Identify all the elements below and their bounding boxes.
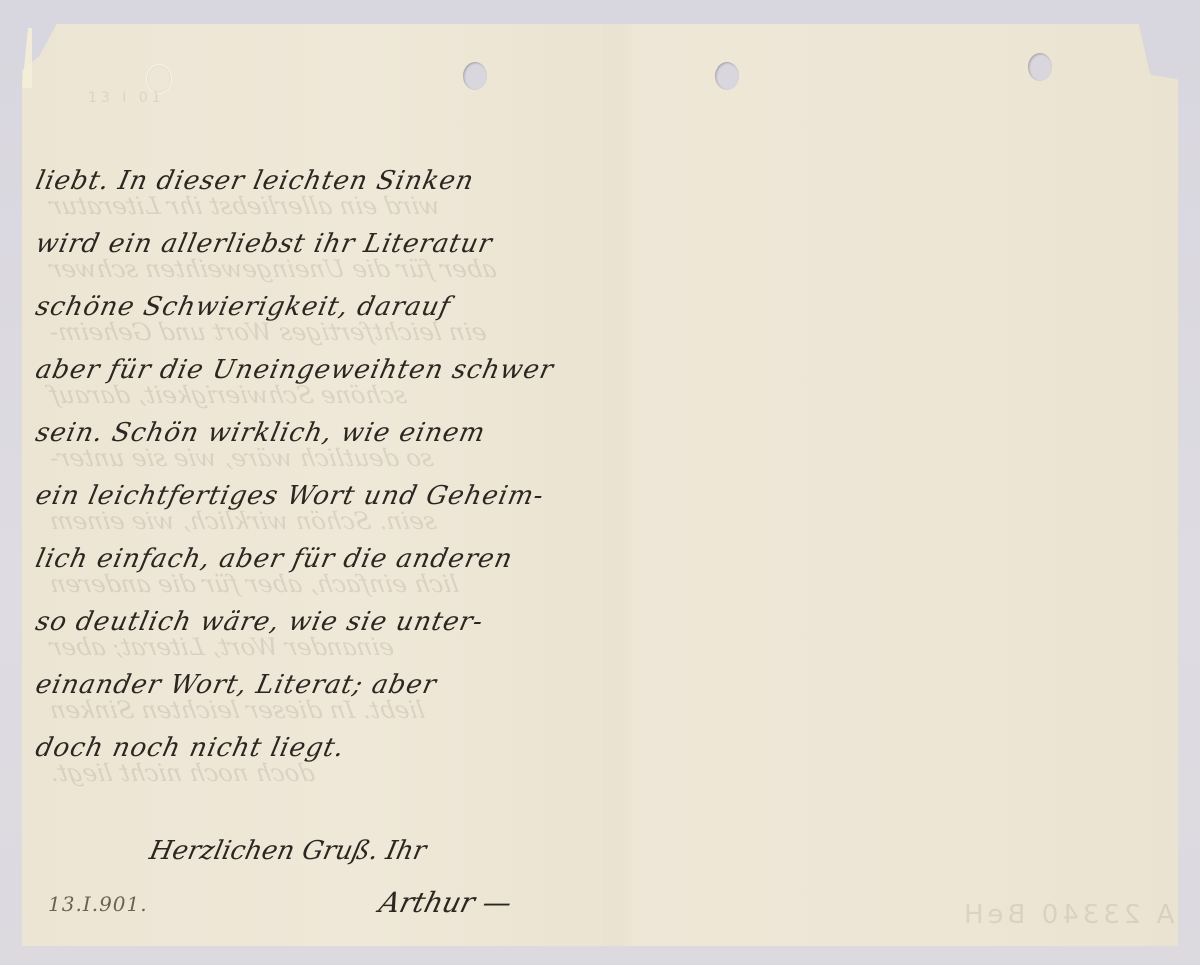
right-page-blank <box>603 24 1178 946</box>
handwritten-line: schöne Schwierigkeit, darauf <box>29 276 602 339</box>
letter-signature: Arthur — <box>376 886 515 919</box>
handwritten-line: wird ein allerliebst ihr Literatur <box>29 213 602 276</box>
handwritten-line: liebt. In dieser leichten Sinken <box>29 150 602 213</box>
letter-date: 13.I.901. <box>48 892 148 916</box>
handwritten-line: aber für die Uneingeweihten schwer <box>29 339 602 402</box>
handwritten-line: ein leichtfertiges Wort und Geheim- <box>29 465 602 528</box>
handwritten-line: so deutlich wäre, wie sie unter- <box>29 591 602 654</box>
archive-stamp-mirrored: A 23340 BeH <box>960 900 1174 930</box>
left-page-text: liebt. In dieser leichten Sinken wird ei… <box>36 150 596 780</box>
handwritten-line: einander Wort, Literat; aber <box>29 654 602 717</box>
punch-hole-icon <box>463 62 487 90</box>
handwritten-line: lich einfach, aber für die anderen <box>29 528 602 591</box>
letter-closing: Herzlichen Gruß. Ihr <box>147 836 429 866</box>
document-scan: 13 I 01 wird ein allerliebst ihr Literat… <box>0 0 1200 965</box>
pencil-date-mark: 13 I 01 <box>88 90 165 106</box>
handwritten-line: doch noch nicht liegt. <box>29 717 602 780</box>
handwritten-line: sein. Schön wirklich, wie einem <box>29 402 602 465</box>
paper-corner-fold <box>22 28 32 88</box>
